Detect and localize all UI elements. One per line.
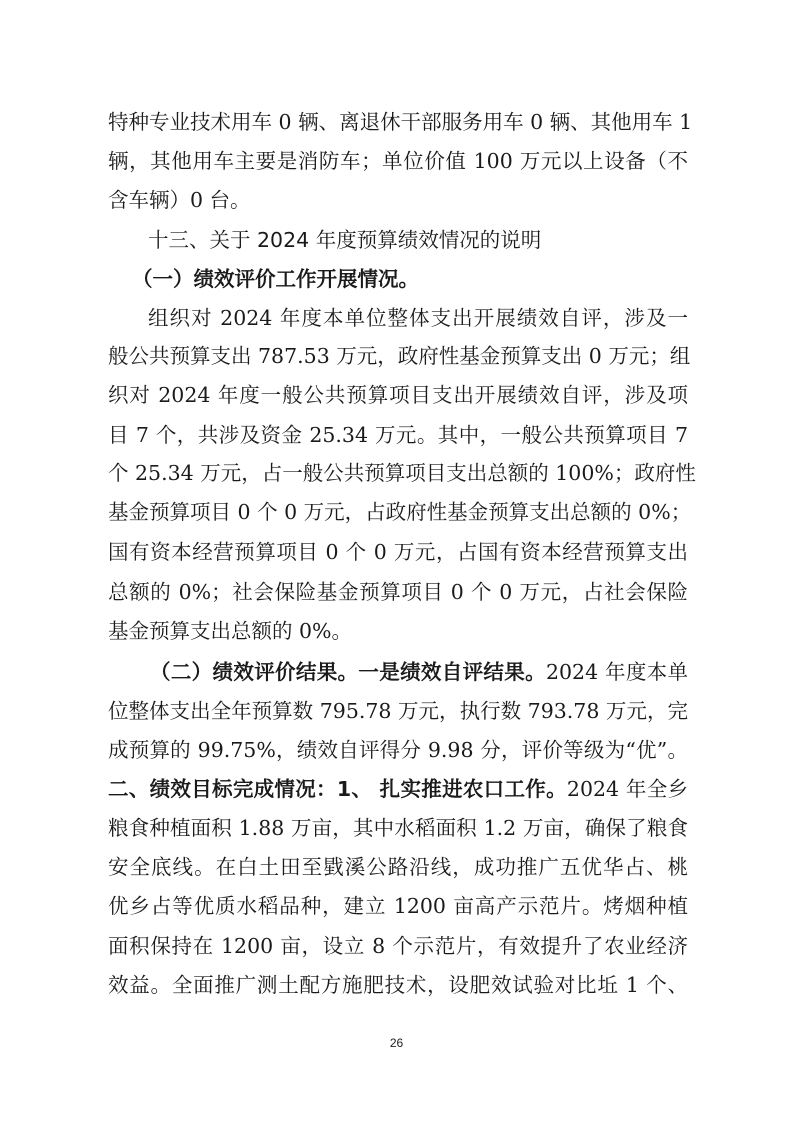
- body-text-line: 粮食种植面积 1.88 万亩，其中水稻面积 1.2 万亩，确保了粮食: [108, 813, 688, 843]
- body-text-line: 目 7 个，共涉及资金 25.34 万元。其中，一般公共预算项目 7: [108, 420, 688, 450]
- body-text-line: 特种专业技术用车 0 辆、离退休干部服务用车 0 辆、其他用车 1: [108, 107, 688, 137]
- body-text-line: 成预算的 99.75%，绩效自评得分 9.98 分，评价等级为“优”。: [108, 735, 688, 765]
- body-text-line: 总额的 0%；社会保险基金预算项目 0 个 0 万元，占社会保险: [108, 577, 688, 607]
- body-text-line: 面积保持在 1200 亩，设立 8 个示范片，有效提升了农业经济: [108, 931, 688, 961]
- body-text-line: 安全底线。在白土田至戥溪公路沿线，成功推广五优华占、桃: [108, 852, 688, 882]
- body-text-line: 位整体支出全年预算数 795.78 万元，执行数 793.78 万元，完: [108, 696, 688, 726]
- body-text-line: 基金预算项目 0 个 0 万元，占政府性基金预算支出总额的 0%；: [108, 497, 688, 527]
- body-text-line: 基金预算支出总额的 0%。: [108, 616, 688, 646]
- body-text: 2024 年度本单: [546, 660, 688, 684]
- body-text-line: 组织对 2024 年度本单位整体支出开展绩效自评，涉及一: [148, 303, 688, 333]
- document-page: 特种专业技术用车 0 辆、离退休干部服务用车 0 辆、其他用车 1 辆，其他用车…: [0, 0, 793, 1122]
- body-text-line: 个 25.34 万元，占一般公共预算项目支出总额的 100%；政府性: [108, 458, 688, 488]
- subsection-paragraph-line: （二）绩效评价结果。一是绩效自评结果。2024 年度本单: [150, 657, 688, 687]
- body-text: 2024 年全乡: [567, 777, 688, 801]
- body-text-line: 优乡占等优质水稻品种，建立 1200 亩高产示范片。烤烟种植: [108, 891, 688, 921]
- subsection-heading: （一）绩效评价工作开展情况。: [132, 264, 688, 294]
- body-text-line: 般公共预算支出 787.53 万元，政府性基金预算支出 0 万元；组: [108, 341, 688, 371]
- body-text-line: 效益。全面推广测土配方施肥技术，设肥效试验对比坵 1 个、: [108, 970, 688, 1000]
- section-heading: 十三、关于 2024 年度预算绩效情况的说明: [148, 225, 688, 255]
- subsection-heading: （二）绩效评价结果。一是绩效自评结果。: [150, 660, 546, 684]
- section-heading: 二、绩效目标完成情况：1、 扎实推进农口工作。: [108, 777, 567, 801]
- body-text-line: 辆，其他用车主要是消防车；单位价值 100 万元以上设备（不: [108, 146, 688, 176]
- body-text-line: 含车辆）0 台。: [108, 185, 688, 215]
- body-text-line: 织对 2024 年度一般公共预算项目支出开展绩效自评，涉及项: [108, 380, 688, 410]
- section-paragraph-line: 二、绩效目标完成情况：1、 扎实推进农口工作。2024 年全乡: [108, 774, 688, 804]
- body-text-line: 国有资本经营预算项目 0 个 0 万元，占国有资本经营预算支出: [108, 537, 688, 567]
- page-number: 26: [0, 1036, 793, 1050]
